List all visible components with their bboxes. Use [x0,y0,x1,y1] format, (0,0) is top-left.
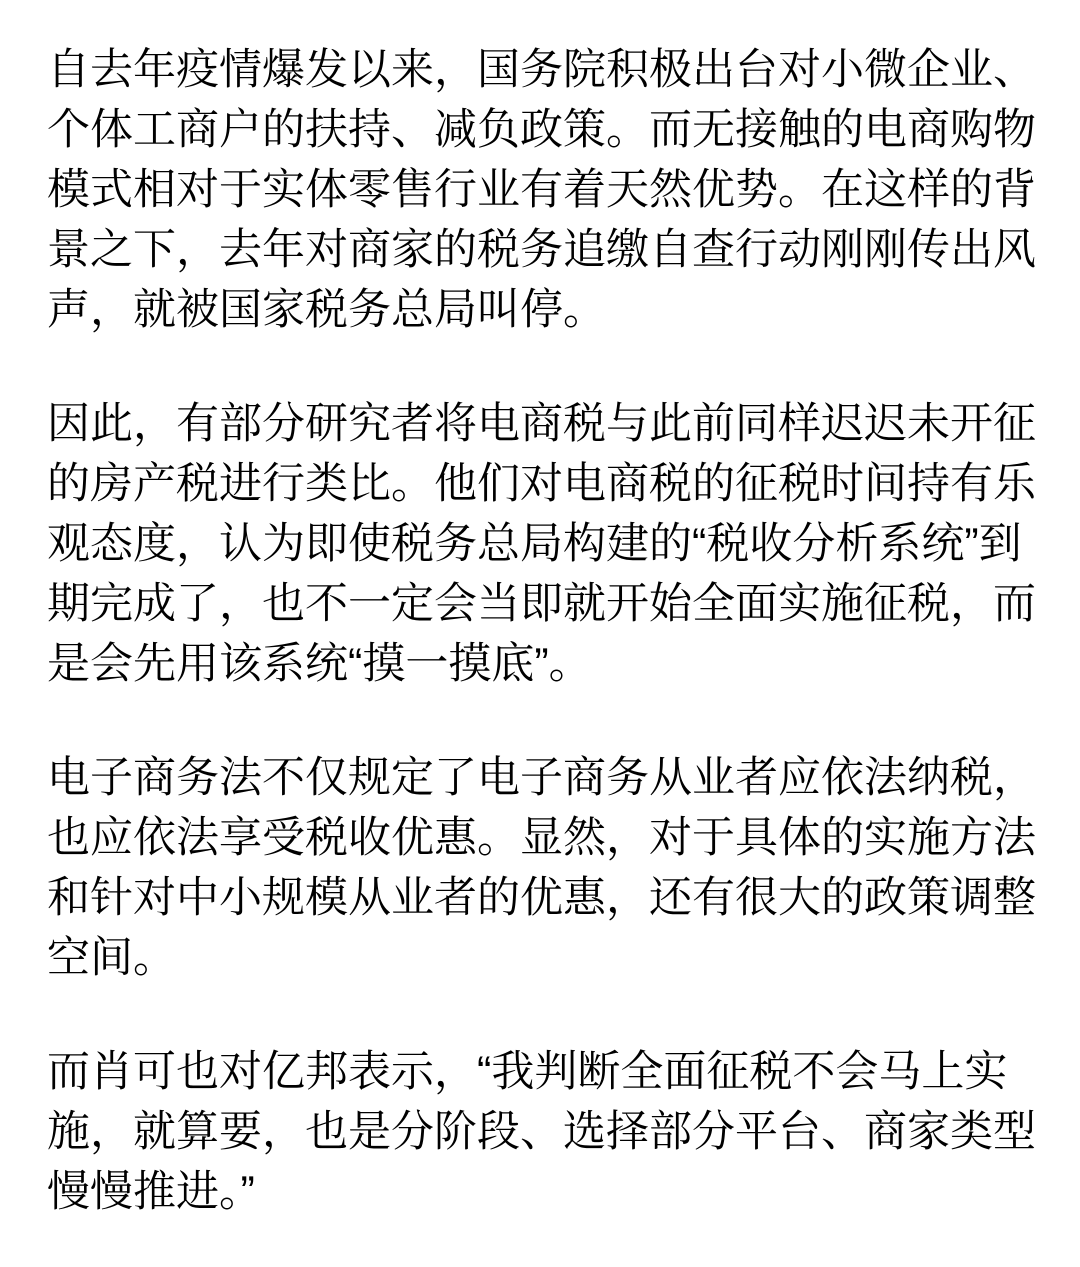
text-line: 期完成了，也不一定会当即就开始全面实施征税，而 [47,574,1034,634]
text-line: 自去年疫情爆发以来，国务院积极出台对小微企业、 [47,40,1034,100]
text-line: 也应依法享受税收优惠。显然，对于具体的实施方法 [47,808,1034,868]
text-line: 个体工商户的扶持、减负政策。而无接触的电商购物 [47,100,1034,160]
paragraph: 因此，有部分研究者将电商税与此前同样迟迟未开征 的房产税进行类比。他们对电商税的… [47,394,1034,694]
text-line: 电子商务法不仅规定了电子商务从业者应依法纳税， [47,748,1034,808]
paragraph: 自去年疫情爆发以来，国务院积极出台对小微企业、 个体工商户的扶持、减负政策。而无… [47,40,1034,340]
text-line: 模式相对于实体零售行业有着天然优势。在这样的背 [47,160,1034,220]
article-page: { "page": { "background_color": "#ffffff… [0,0,1080,1267]
text-line: 因此，有部分研究者将电商税与此前同样迟迟未开征 [47,394,1034,454]
text-line: 景之下，去年对商家的税务追缴自查行动刚刚传出风 [47,220,1034,280]
text-line: 空间。 [47,928,1034,988]
text-line: 慢慢推进。” [47,1162,1034,1222]
text-line: 声，就被国家税务总局叫停。 [47,280,1034,340]
paragraph: 电子商务法不仅规定了电子商务从业者应依法纳税， 也应依法享受税收优惠。显然，对于… [47,748,1034,988]
text-line: 和针对中小规模从业者的优惠，还有很大的政策调整 [47,868,1034,928]
text-line: 而肖可也对亿邦表示，“我判断全面征税不会马上实 [47,1042,1034,1102]
article-body: 自去年疫情爆发以来，国务院积极出台对小微企业、 个体工商户的扶持、减负政策。而无… [0,0,1080,1222]
text-line: 是会先用该系统“摸一摸底”。 [47,634,1034,694]
text-line: 施，就算要，也是分阶段、选择部分平台、商家类型 [47,1102,1034,1162]
text-line: 的房产税进行类比。他们对电商税的征税时间持有乐 [47,454,1034,514]
paragraph: 而肖可也对亿邦表示，“我判断全面征税不会马上实 施，就算要，也是分阶段、选择部分… [47,1042,1034,1222]
text-line: 观态度，认为即使税务总局构建的“税收分析系统”到 [47,514,1034,574]
